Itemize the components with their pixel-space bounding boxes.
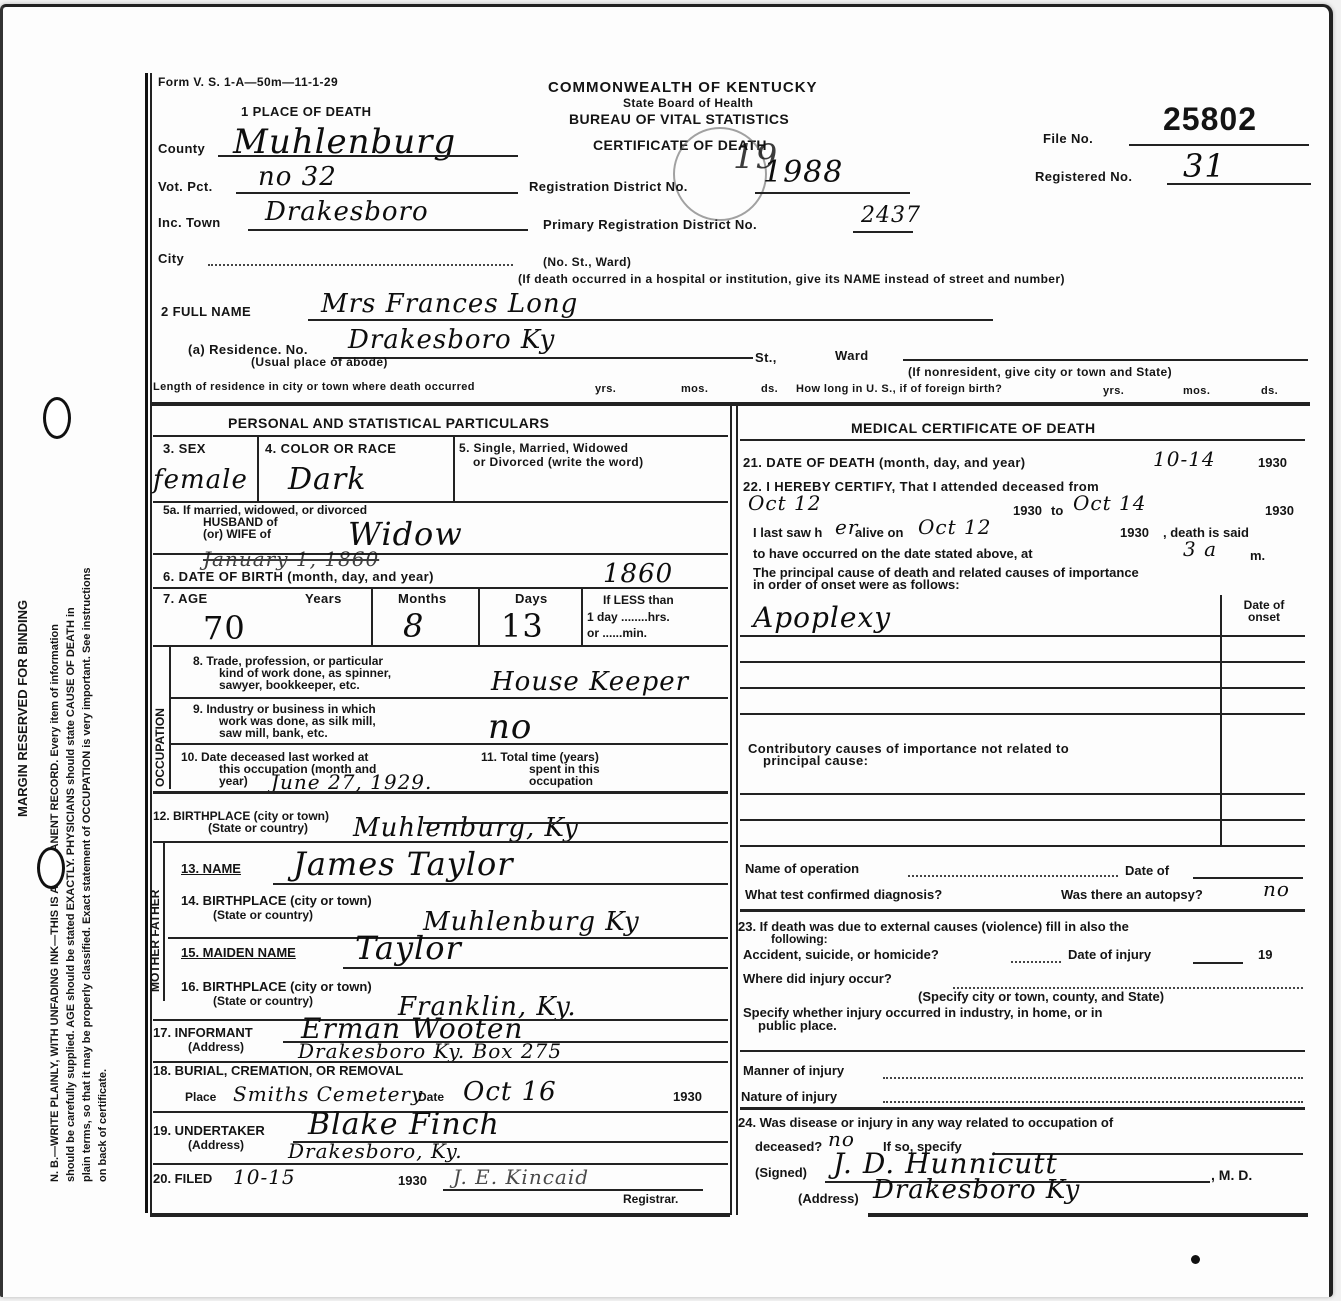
industry-label-3: saw mill, bank, etc.: [219, 727, 328, 739]
voting-precinct-value: no 32: [258, 162, 337, 192]
full-name-value: Mrs Frances Long: [321, 289, 578, 319]
full-name-label: 2 FULL NAME: [161, 304, 251, 319]
age-months-value: 8: [403, 607, 424, 645]
margin-reserved-text: MARGIN RESERVED FOR BINDING: [15, 600, 30, 817]
age-label: 7. AGE: [163, 591, 208, 606]
less-than-day-line-3: or ......min.: [587, 627, 647, 639]
dob-value: 1860: [603, 559, 673, 589]
date-of-death-year: 1930: [1258, 457, 1287, 469]
place-of-death-heading: 1 PLACE OF DEATH: [241, 104, 371, 119]
alive-on-label: alive on: [855, 527, 903, 539]
length-of-residence-label: Length of residence in city or town wher…: [153, 381, 475, 393]
meridiem-label: m.: [1250, 550, 1265, 562]
mother-birthplace-label-1: 16. BIRTHPLACE (city or town): [181, 981, 372, 993]
father-birthplace-label-2: (State or country): [213, 909, 313, 921]
age-years-value: 70: [203, 609, 246, 647]
undertaker-address-label: (Address): [188, 1139, 244, 1151]
occupation-side-label: OCCUPATION: [153, 708, 167, 787]
file-number-value: 25802: [1163, 101, 1257, 138]
burial-place-label: Place: [185, 1091, 216, 1103]
race-label: 4. COLOR OR RACE: [265, 441, 396, 456]
date-of-onset-label: Date of onset: [1229, 599, 1299, 623]
physician-address-label: (Address): [798, 1193, 859, 1205]
margin-instruction-line-1: N. B.—WRITE PLAINLY, WITH UNFADING INK—T…: [49, 624, 61, 1182]
column-divider: [730, 405, 732, 1215]
date-of-onset-divider: [1220, 595, 1222, 845]
death-certificate-sheet: MARGIN RESERVED FOR BINDING N. B.—WRITE …: [0, 4, 1333, 1297]
dob-crossed-out: January 1, 1860: [203, 547, 379, 571]
attended-from-value: Oct 12: [748, 491, 821, 515]
undertaker-name: Blake Finch: [308, 1107, 500, 1142]
registrar-signature: J. E. Kincaid: [453, 1165, 589, 1189]
father-name-label: 13. NAME: [181, 863, 241, 875]
contributory-label-2: principal cause:: [763, 753, 868, 768]
commonwealth-title: COMMONWEALTH OF KENTUCKY: [548, 79, 818, 96]
less-than-day-line-1: If LESS than: [603, 594, 674, 606]
primary-district-label: Primary Registration District No.: [543, 217, 757, 232]
attended-to-value: Oct 14: [1073, 491, 1146, 515]
date-of-death-value: 10-14: [1153, 447, 1216, 471]
cause-intro-2: in order of onset were as follows:: [753, 579, 960, 591]
state-board-of-health: State Board of Health: [623, 96, 753, 110]
burial-date-value: Oct 16: [463, 1077, 557, 1107]
principal-cause: Apoplexy: [753, 601, 891, 634]
margin-instruction-line-4: on back of certificate.: [97, 1069, 109, 1182]
signed-label: (Signed): [755, 1167, 807, 1179]
primary-district-value: 2437: [861, 203, 921, 228]
medical-heading: MEDICAL CERTIFICATE OF DEATH: [851, 420, 1096, 436]
voting-precinct-label: Vot. Pct.: [158, 179, 213, 194]
residence-ds-label: ds.: [761, 383, 778, 395]
mother-maiden-name-value: Taylor: [355, 929, 462, 967]
trade-value: House Keeper: [491, 667, 689, 697]
nature-of-injury-label: Nature of injury: [741, 1091, 837, 1103]
total-time-label-3: occupation: [529, 775, 593, 787]
less-than-day-line-2: 1 day ........hrs.: [587, 611, 670, 623]
registrar-label: Registrar.: [623, 1193, 678, 1205]
ink-dot: [1191, 1255, 1200, 1264]
accident-label: Accident, suicide, or homicide?: [743, 949, 939, 961]
specify-whether-label-2: public place.: [758, 1020, 837, 1032]
burial-label: 18. BURIAL, CREMATION, OR REMOVAL: [153, 1065, 403, 1077]
registration-district-label: Registration District No.: [529, 179, 688, 194]
foreign-yrs-label: yrs.: [1103, 385, 1124, 397]
margin-instruction-line-3: plain terms, so that it may be properly …: [81, 567, 93, 1182]
age-months-label: Months: [398, 591, 447, 606]
informant-label: 17. INFORMANT: [153, 1027, 253, 1039]
operation-label: Name of operation: [745, 863, 859, 875]
father-birthplace-label-1: 14. BIRTHPLACE (city or town): [181, 895, 372, 907]
external-causes-label-2: following:: [771, 933, 828, 945]
street-label: St.,: [755, 350, 777, 365]
residence-mos-label: mos.: [681, 383, 708, 395]
spouse-label-3: (or) WIFE of: [203, 528, 271, 540]
undertaker-label: 19. UNDERTAKER: [153, 1125, 265, 1137]
attended-to-label: to: [1051, 505, 1063, 517]
time-of-death: 3 a: [1183, 537, 1217, 561]
foreign-ds-label: ds.: [1261, 385, 1278, 397]
age-years-label: Years: [305, 591, 342, 606]
filed-date: 10-15: [233, 1165, 296, 1189]
nonresident-note: (If nonresident, give city or town and S…: [908, 365, 1172, 379]
race-value: Dark: [288, 462, 366, 497]
marital-status-label-1: 5. Single, Married, Widowed: [459, 441, 628, 455]
mother-maiden-name-label: 15. MAIDEN NAME: [181, 947, 296, 959]
birthplace-value: Muhlenburg, Ky: [353, 813, 579, 843]
physician-address-value: Drakesboro Ky: [873, 1175, 1080, 1205]
test-diagnosis-label: What test confirmed diagnosis?: [745, 889, 942, 901]
where-injury-label: Where did injury occur?: [743, 973, 892, 985]
ward-label: Ward: [835, 348, 869, 363]
burial-date-label: Date: [418, 1091, 444, 1103]
foreign-mos-label: mos.: [1183, 385, 1210, 397]
file-number-label: File No.: [1043, 131, 1093, 146]
attended-from-year: 1930: [1013, 505, 1042, 517]
date-of-injury-label: Date of injury: [1068, 949, 1151, 961]
binding-hole-top: [43, 397, 71, 439]
filed-year: 1930: [398, 1175, 427, 1187]
city-label: City: [158, 251, 184, 266]
attended-to-year: 1930: [1265, 505, 1294, 517]
sex-label: 3. SEX: [163, 441, 206, 456]
operation-date-label: Date of: [1125, 865, 1169, 877]
autopsy-label: Was there an autopsy?: [1061, 889, 1203, 901]
md-label: , M. D.: [1211, 1169, 1252, 1181]
injury-year-prefix: 19: [1258, 949, 1272, 961]
specify-place-hint: (Specify city or town, county, and State…: [918, 991, 1164, 1003]
marital-status-label-2: or Divorced (write the word): [473, 455, 644, 469]
age-days-label: Days: [515, 591, 548, 606]
incorporated-town-label: Inc. Town: [158, 215, 221, 230]
autopsy-value: no: [1263, 877, 1290, 901]
bureau-title: BUREAU OF VITAL STATISTICS: [569, 111, 789, 127]
industry-value: no: [488, 707, 532, 747]
last-worked-label-3: year): [219, 775, 248, 787]
incorporated-town-value: Drakesboro: [265, 197, 429, 227]
occurred-label: to have occurred on the date stated abov…: [753, 548, 1033, 560]
registered-number-value: 31: [1183, 147, 1226, 185]
burial-place-value: Smiths Cemetery: [233, 1082, 423, 1106]
father-name-value: James Taylor: [293, 845, 514, 883]
form-left-border: [145, 73, 148, 1213]
date-of-death-label: 21. DATE OF DEATH (month, day, and year): [743, 455, 1026, 470]
age-days-value: 13: [501, 607, 544, 645]
form-left-border-inner: [150, 73, 152, 1213]
mother-birthplace-label-2: (State or country): [213, 995, 313, 1007]
manner-of-injury-label: Manner of injury: [743, 1065, 844, 1077]
informant-address-label: (Address): [188, 1041, 244, 1053]
personal-heading: PERSONAL AND STATISTICAL PARTICULARS: [228, 415, 549, 431]
registration-district-value: 1988: [763, 155, 843, 190]
hospital-note: (If death occurred in a hospital or inst…: [518, 272, 1065, 286]
occupation-related-label-2: deceased?: [755, 1141, 822, 1153]
sex-value: female: [153, 465, 248, 495]
street-ward-hint: (No. St., Ward): [543, 255, 631, 269]
trade-label-3: sawyer, bookkeeper, etc.: [219, 679, 360, 691]
binding-hole-bottom: [37, 847, 65, 889]
residence-yrs-label: yrs.: [595, 383, 616, 395]
burial-year: 1930: [673, 1091, 702, 1103]
foreign-birth-label: How long in U. S., if of foreign birth?: [796, 383, 1002, 395]
margin-instruction-line-2: should be carefully supplied. AGE should…: [65, 607, 77, 1182]
dob-label: 6. DATE OF BIRTH (month, day, and year): [163, 569, 434, 584]
occupation-related-label-1: 24. Was disease or injury in any way rel…: [738, 1117, 1113, 1129]
birthplace-label-2: (State or country): [208, 822, 308, 834]
last-saw-year: 1930: [1120, 527, 1149, 539]
last-saw-date: Oct 12: [918, 515, 991, 539]
form-number: Form V. S. 1-A—50m—11-1-29: [158, 75, 338, 89]
mother-father-side-label: MOTHER FATHER: [148, 890, 162, 992]
county-label: County: [158, 141, 205, 156]
usual-abode-label: (Usual place of abode): [251, 355, 388, 369]
residence-value: Drakesboro Ky: [348, 325, 555, 355]
registered-number-label: Registered No.: [1035, 169, 1132, 184]
last-saw-label: I last saw h: [753, 527, 822, 539]
filed-label: 20. FILED: [153, 1173, 212, 1185]
